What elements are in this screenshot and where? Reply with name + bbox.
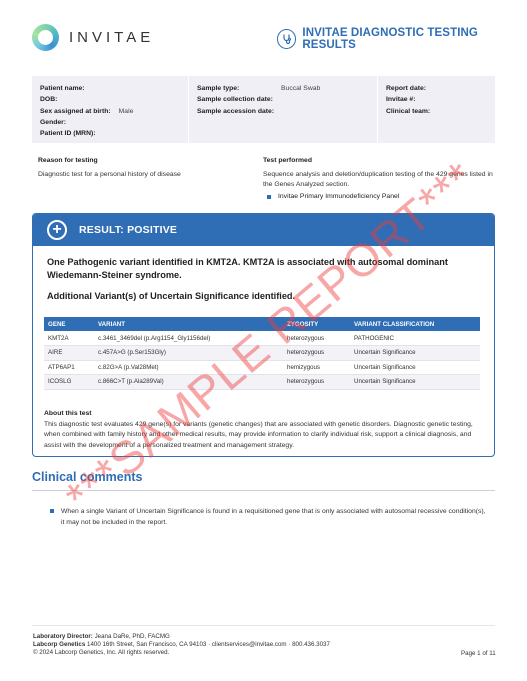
lab-address-line: Labcorp Genetics 1400 16th Street, San F…	[33, 641, 330, 649]
lab-name: Labcorp Genetics	[33, 641, 85, 648]
panel-item: Invitae Primary Immunodeficiency Panel	[263, 192, 493, 203]
field-label: DOB:	[40, 94, 57, 105]
classification-cell: Uncertain Significance	[350, 346, 480, 361]
variant-cell: c.457A>G (p.Ser153Gly)	[94, 346, 283, 361]
reason-for-testing: Reason for testing Diagnostic test for a…	[38, 156, 248, 180]
zygosity-cell: heterozygous	[283, 331, 350, 346]
variant-cell: c.82G>A (p.Val28Met)	[94, 360, 283, 375]
info-row: Patient ID (MRN):	[40, 128, 188, 139]
variant-table: GENE VARIANT ZYGOSITY VARIANT CLASSIFICA…	[44, 317, 480, 390]
table-row: ATP6AP1 c.82G>A (p.Val28Met) hemizygous …	[44, 360, 480, 375]
clinical-comment-text: When a single Variant of Uncertain Signi…	[61, 506, 490, 528]
info-row: Sample collection date:	[197, 94, 377, 105]
gene-cell: ATP6AP1	[44, 360, 94, 375]
report-header: INVITAE INVITAE DIAGNOSTIC TESTING RESUL…	[0, 0, 527, 75]
square-bullet-icon	[267, 195, 271, 199]
logo-ring-icon	[32, 24, 59, 51]
info-row: Sample accession date:	[197, 106, 377, 117]
info-row: Invitae #:	[386, 94, 495, 105]
variant-cell: c.3461_3469del (p.Arg1154_Gly1156del)	[94, 331, 283, 346]
copyright: © 2024 Labcorp Genetics, Inc. All rights…	[33, 649, 330, 657]
field-label: Patient name:	[40, 83, 85, 94]
table-row: ICOSLG c.866C>T (p.Ala289Val) heterozygo…	[44, 375, 480, 390]
column-header: VARIANT	[94, 317, 283, 331]
field-label: Sample type:	[197, 83, 281, 94]
info-row: Gender:	[40, 117, 188, 128]
lab-director-line: Laboratory Director: Jeana DaRe, PhD, FA…	[33, 633, 330, 641]
info-row: Report date:	[386, 83, 495, 94]
gene-cell: ICOSLG	[44, 375, 94, 390]
report-title: INVITAE DIAGNOSTIC TESTING RESULTS	[277, 27, 527, 51]
table-header-row: GENE VARIANT ZYGOSITY VARIANT CLASSIFICA…	[44, 317, 480, 331]
column-header: ZYGOSITY	[283, 317, 350, 331]
gene-cell: KMT2A	[44, 331, 94, 346]
section-divider	[32, 490, 495, 491]
logo-text: INVITAE	[69, 29, 154, 46]
info-row: Sample type:Buccal Swab	[197, 83, 377, 94]
result-banner: + RESULT: POSITIVE	[33, 214, 494, 246]
result-card: + RESULT: POSITIVE One Pathogenic varian…	[32, 213, 495, 457]
table-row: KMT2A c.3461_3469del (p.Arg1154_Gly1156d…	[44, 331, 480, 346]
zygosity-cell: hemizygous	[283, 360, 350, 375]
patient-info-box: Patient name: DOB: Sex assigned at birth…	[32, 76, 495, 143]
field-label: Patient ID (MRN):	[40, 128, 96, 139]
page-number: Page 1 of 11	[461, 650, 496, 657]
field-label: Sex assigned at birth:	[40, 106, 111, 117]
test-performed-body: Sequence analysis and deletion/duplicati…	[263, 170, 493, 191]
classification-cell: PATHOGENIC	[350, 331, 480, 346]
plus-circle-icon: +	[47, 220, 67, 240]
square-bullet-icon	[50, 509, 54, 513]
invitae-logo: INVITAE	[32, 24, 154, 51]
test-performed-heading: Test performed	[263, 156, 493, 167]
lab-address: 1400 16th Street, San Francisco, CA 9410…	[87, 641, 330, 648]
report-title-text: INVITAE DIAGNOSTIC TESTING RESULTS	[302, 27, 527, 51]
about-this-test: About this test This diagnostic test eva…	[44, 409, 484, 451]
info-row: DOB:	[40, 94, 188, 105]
variant-cell: c.866C>T (p.Ala289Val)	[94, 375, 283, 390]
table-row: AIRE c.457A>G (p.Ser153Gly) heterozygous…	[44, 346, 480, 361]
about-heading: About this test	[44, 409, 484, 419]
about-body: This diagnostic test evaluates 429 gene(…	[44, 420, 484, 451]
footer-divider	[32, 625, 495, 626]
patient-column: Patient name: DOB: Sex assigned at birth…	[32, 76, 189, 143]
field-label: Invitae #:	[386, 94, 415, 105]
stethoscope-icon	[277, 29, 296, 49]
clinical-comments-title: Clinical comments	[32, 470, 142, 484]
result-summary: One Pathogenic variant identified in KMT…	[33, 246, 473, 281]
reason-heading: Reason for testing	[38, 156, 248, 167]
classification-cell: Uncertain Significance	[350, 375, 480, 390]
column-header: VARIANT CLASSIFICATION	[350, 317, 480, 331]
director-label: Laboratory Director:	[33, 633, 93, 640]
column-header: GENE	[44, 317, 94, 331]
clinical-comment-item: When a single Variant of Uncertain Signi…	[50, 506, 490, 528]
test-performed: Test performed Sequence analysis and del…	[263, 156, 493, 202]
director-name: Jeana DaRe, PhD, FACMG	[95, 633, 170, 640]
field-label: Sample accession date:	[197, 106, 281, 117]
classification-cell: Uncertain Significance	[350, 360, 480, 375]
info-row: Clinical team:	[386, 106, 495, 117]
sample-column: Sample type:Buccal Swab Sample collectio…	[189, 76, 378, 143]
reason-body: Diagnostic test for a personal history o…	[38, 170, 248, 181]
panel-name: Invitae Primary Immunodeficiency Panel	[278, 192, 399, 203]
info-row: Patient name:	[40, 83, 188, 94]
gene-cell: AIRE	[44, 346, 94, 361]
field-label: Sample collection date:	[197, 94, 281, 105]
zygosity-cell: heterozygous	[283, 346, 350, 361]
result-summary-additional: Additional Variant(s) of Uncertain Signi…	[33, 281, 494, 301]
field-value: Buccal Swab	[281, 83, 320, 94]
field-label: Report date:	[386, 83, 426, 94]
info-row: Sex assigned at birth:Male	[40, 106, 188, 117]
report-column: Report date: Invitae #: Clinical team:	[378, 76, 495, 143]
result-status: RESULT: POSITIVE	[79, 224, 177, 236]
field-label: Clinical team:	[386, 106, 430, 117]
field-label: Gender:	[40, 117, 66, 128]
field-value: Male	[119, 106, 134, 117]
report-footer: Laboratory Director: Jeana DaRe, PhD, FA…	[33, 633, 330, 657]
zygosity-cell: heterozygous	[283, 375, 350, 390]
